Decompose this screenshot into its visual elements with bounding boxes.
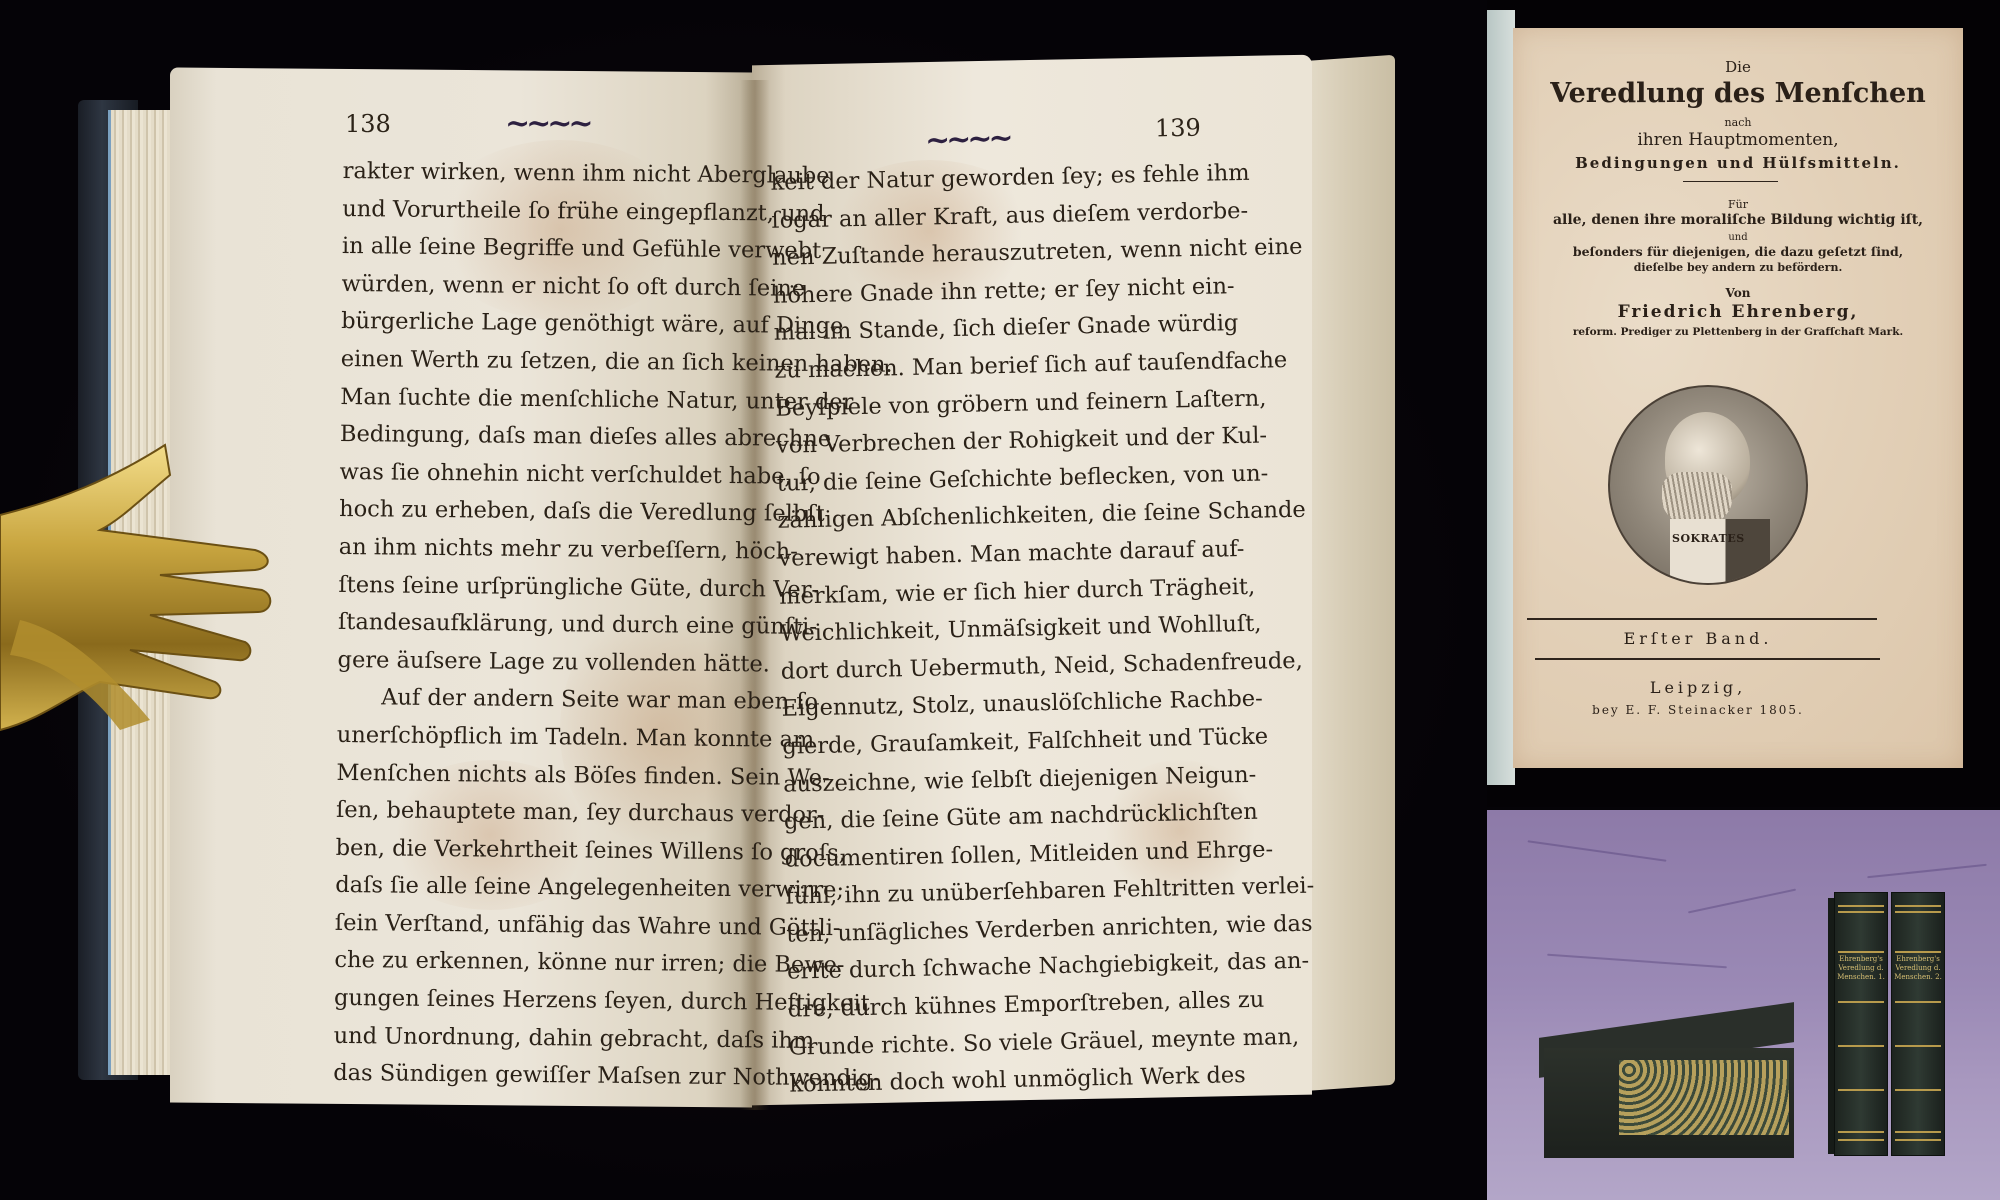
gilt-band: [1895, 1089, 1941, 1091]
slipcase-volumes-photo: Ehrenberg's Veredlung d. Menschen. 1. Eh…: [1487, 810, 2000, 1200]
subtitle-line-1: ihren Hauptmomenten,: [1513, 130, 1963, 150]
subtitle-line-2: Bedingungen und Hülfsmitteln.: [1513, 154, 1963, 172]
text-line: in alle ſeine Begriffe und Gefühle verwe…: [342, 228, 737, 270]
gilt-band: [1895, 1045, 1941, 1047]
slipcase-patterned-lining: [1619, 1060, 1789, 1135]
volume-rule-top: [1527, 618, 1877, 620]
gilt-band: [1895, 1131, 1941, 1133]
gilt-band: [1895, 1001, 1941, 1003]
gilt-band: [1838, 1089, 1884, 1091]
text-line: ſein Verſtand, unfähig das Wahre und Göt…: [335, 905, 730, 947]
author-von: Von: [1513, 286, 1963, 300]
flyleaf: [1487, 10, 1515, 785]
portrait-label: SOKRATES: [1672, 532, 1745, 545]
dedication-line-2: beſonders für diejenigen, die dazu geſet…: [1513, 244, 1963, 259]
page-ornament-right: ~~~~: [924, 121, 1010, 159]
cloth-crease: [1528, 840, 1667, 861]
text-line: che zu erkennen, könne nur irren; die Be…: [334, 942, 729, 984]
text-line: Man ſuchte die menſchliche Natur, unter …: [340, 379, 735, 421]
dedication-line-3: dieſelbe bey andern zu befördern.: [1513, 261, 1963, 274]
text-line: ſtens ſeine urſprüngliche Güte, durch Ve…: [338, 566, 733, 608]
imprint-place: Leipzig,: [1487, 678, 1923, 697]
text-line: hoch zu erheben, daſs die Veredlung ſelb…: [339, 491, 734, 533]
dedication-fuer: Für: [1513, 198, 1963, 211]
volume-2-spine: Ehrenberg's Veredlung d. Menschen. 2.: [1891, 892, 1945, 1156]
title-page: Die Veredlung des Menſchen nach ihren Ha…: [1513, 28, 1963, 768]
book-title: Veredlung des Menſchen: [1513, 78, 1963, 109]
author-title: reform. Prediger zu Plettenberg in der G…: [1513, 326, 1963, 338]
left-page-text: rakter wirken, wenn ihm nicht Aberglaube…: [333, 153, 738, 1097]
gilt-band: [1838, 911, 1884, 913]
text-line: unerſchöpflich im Tadeln. Man konnte am: [337, 717, 732, 759]
gilt-band: [1895, 905, 1941, 907]
right-page-text: keit der Natur geworden ſey; es fehle ih…: [770, 155, 1240, 1104]
title-page-photo: Die Veredlung des Menſchen nach ihren Ha…: [1487, 0, 2000, 807]
page-number-right: 139: [1155, 114, 1201, 143]
slipcase: [1539, 1020, 1769, 1160]
page-edges-right: [1300, 55, 1395, 1092]
text-line: gungen ſeines Herzens ſeyen, durch Hefti…: [334, 980, 729, 1022]
page-number-left: 138: [345, 110, 391, 138]
text-line: und Vorurtheile ſo frühe eingepflanzt, u…: [342, 191, 737, 233]
title-pre: Die: [1513, 58, 1963, 76]
volume-rule-bottom: [1535, 658, 1880, 660]
gilt-band: [1838, 1045, 1884, 1047]
gilt-band: [1895, 951, 1941, 953]
text-line: an ihm nichts mehr zu verbeſſern, höch-: [339, 529, 734, 571]
cloth-crease: [1688, 889, 1796, 914]
author-name: Friedrich Ehrenberg,: [1513, 302, 1963, 322]
text-line: und Unordnung, dahin gebracht, daſs ihm: [333, 1018, 728, 1060]
text-line: Auf der andern Seite war man eben ſo: [337, 679, 732, 721]
text-line: Menſchen nichts als Böſes finden. Sein W…: [336, 754, 731, 796]
text-line: Bedingung, daſs man dieſes alles abrechn…: [340, 416, 735, 458]
gilt-band: [1838, 1131, 1884, 1133]
socrates-portrait-medallion: SOKRATES: [1608, 385, 1808, 585]
text-line: ſtandesaufklärung, und durch eine günſti…: [338, 604, 733, 646]
text-line: das Sündigen gewiſſer Maſsen zur Nothwen…: [333, 1055, 728, 1097]
title-nach: nach: [1513, 116, 1963, 129]
volume-1-spine: Ehrenberg's Veredlung d. Menschen. 1.: [1834, 892, 1888, 1156]
volume-label: Erſter Band.: [1487, 629, 1923, 648]
text-line: bürgerliche Lage genöthigt wäre, auf Din…: [341, 303, 736, 345]
gilt-band: [1838, 1001, 1884, 1003]
brass-hand-bookweight-icon: [0, 420, 275, 750]
gilt-band: [1895, 1139, 1941, 1141]
text-line: einen Werth zu ſetzen, die an ſich keine…: [341, 341, 736, 383]
imprint-publisher: bey E. F. Steinacker 1805.: [1487, 703, 1923, 717]
text-line: würden, wenn er nicht ſo oft durch ſeine: [341, 266, 736, 308]
dedication-und: und: [1513, 232, 1963, 243]
text-line: rakter wirken, wenn ihm nicht Aberglaube: [343, 153, 738, 195]
bust-pedestal: [1670, 519, 1770, 585]
gilt-band: [1895, 911, 1941, 913]
divider-rule: [1683, 181, 1778, 182]
text-line: könnten doch wohl unmöglich Werk des: [789, 1057, 1240, 1104]
text-line: gere äuſsere Lage zu vollenden hätte.: [337, 642, 732, 684]
cloth-crease: [1867, 864, 1987, 879]
dedication-line-1: alle, denen ihre moraliſche Bildung wich…: [1513, 212, 1963, 228]
text-line: was ſie ohnehin nicht verſchuldet habe, …: [339, 454, 734, 496]
open-book-photo: 138 ~~~~ 139 ~~~~ rakter wirken, wenn ih…: [0, 0, 1484, 1200]
gilt-band: [1838, 951, 1884, 953]
text-line: daſs ſie alle ſeine Angelegenheiten verw…: [335, 867, 730, 909]
text-line: ben, die Verkehrtheit ſeines Willens ſo …: [335, 830, 730, 872]
gilt-band: [1838, 1139, 1884, 1141]
text-line: ſen, behauptete man, ſey durchaus verdor…: [336, 792, 731, 834]
page-ornament-left: ~~~~: [505, 106, 590, 141]
volume-1-label: Ehrenberg's Veredlung d. Menschen. 1.: [1835, 955, 1887, 982]
gilt-band: [1838, 905, 1884, 907]
cloth-crease: [1547, 954, 1727, 969]
volume-2-label: Ehrenberg's Veredlung d. Menschen. 2.: [1892, 955, 1944, 982]
